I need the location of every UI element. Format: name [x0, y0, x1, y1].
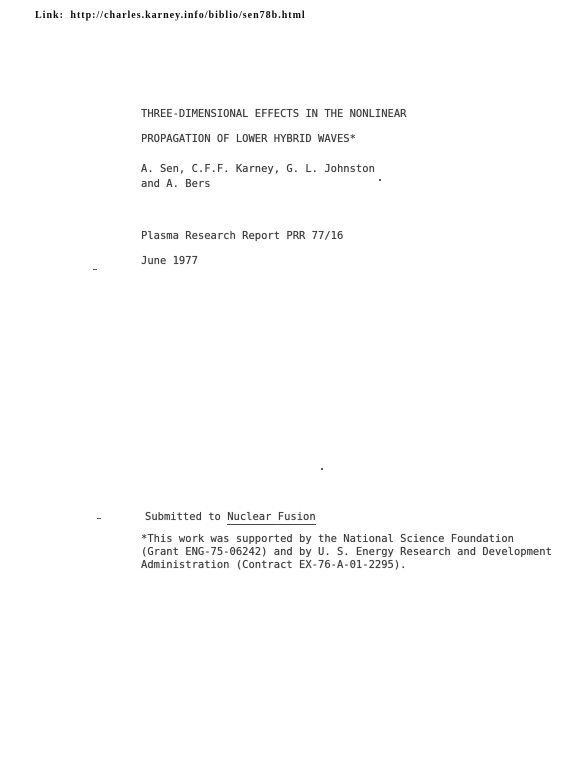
scan-artifact: [379, 179, 381, 181]
submitted-line: Submitted to Nuclear Fusion: [145, 510, 316, 524]
report-number-line: Plasma Research Report PRR 77/16: [141, 229, 343, 243]
report-date: June 1977: [141, 254, 198, 268]
source-link[interactable]: Link: http://charles.karney.info/biblio/…: [35, 10, 306, 21]
authors-line-1: A. Sen, C.F.F. Karney, G. L. Johnston: [141, 162, 375, 177]
footnote-line-3: Administration (Contract EX-76-A-01-2295…: [141, 559, 552, 572]
footnote-line-2: (Grant ENG-75-06242) and by U. S. Energy…: [141, 546, 552, 559]
scan-artifact: [321, 468, 323, 470]
author-list: A. Sen, C.F.F. Karney, G. L. Johnston an…: [141, 162, 375, 192]
journal-name: Nuclear Fusion: [227, 511, 316, 525]
footnote-line-1: *This work was supported by the National…: [141, 533, 552, 546]
submitted-prefix: Submitted to: [145, 511, 227, 523]
scan-artifact: [93, 269, 97, 270]
title-line-1: THREE-DIMENSIONAL EFFECTS IN THE NONLINE…: [141, 102, 407, 127]
authors-line-2: and A. Bers: [141, 177, 375, 192]
document-title: THREE-DIMENSIONAL EFFECTS IN THE NONLINE…: [141, 102, 407, 152]
support-footnote: *This work was supported by the National…: [141, 533, 552, 572]
scanned-report-title-page: Link: http://charles.karney.info/biblio/…: [0, 0, 584, 780]
title-line-2: PROPAGATION OF LOWER HYBRID WAVES*: [141, 127, 407, 152]
scan-artifact: [97, 518, 101, 519]
